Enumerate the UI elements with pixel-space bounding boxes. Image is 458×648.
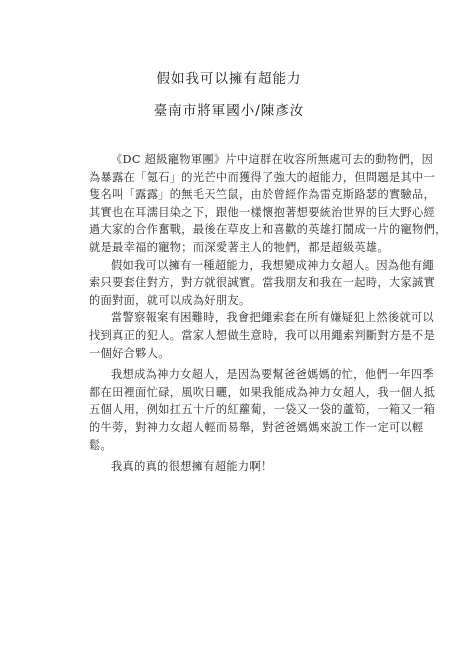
text-line: 五個人用，例如扛五十斤的紅蘿蔔，一袋又一袋的蘆筍，一箱又一箱: [89, 401, 373, 419]
text-line: 《DC 超級寵物軍團》片中這群在收容所無處可去的動物們，因: [89, 151, 373, 169]
text-line: 假如我可以擁有一種超能力，我想變成神力女超人。因為他有繩: [89, 257, 373, 275]
paragraph-3: 當警察報案有困難時，我會把繩索套在所有嫌疑犯上然後就可以 找到真正的犯人。當家人…: [89, 309, 373, 362]
paragraph-1: 《DC 超級寵物軍團》片中這群在收容所無處可去的動物們，因 為暴露在「氪石」的光…: [89, 151, 373, 257]
text-line: 的面對面，就可以成為好朋友。: [89, 292, 373, 310]
document-page: 假如我可以擁有超能力 臺南市將軍國小/陳彥汝 《DC 超級寵物軍團》片中這群在收…: [0, 0, 458, 648]
text-line: 當警察報案有困難時，我會把繩索套在所有嫌疑犯上然後就可以: [89, 309, 373, 327]
text-line: 其實也在耳濡目染之下，跟他一樣懷抱著想要統治世界的巨大野心經: [89, 204, 373, 222]
text-line: 索只要套住對方，對方就很誠實。當我朋友和我在一起時，大家誠實: [89, 274, 373, 292]
paragraph-5: 我真的真的很想擁有超能力啊！: [89, 458, 373, 476]
author-line: 臺南市將軍國小/陳彥汝: [0, 99, 458, 119]
text-line: 我真的真的很想擁有超能力啊！: [89, 458, 373, 476]
document-title: 假如我可以擁有超能力: [0, 67, 458, 87]
paragraph-2: 假如我可以擁有一種超能力，我想變成神力女超人。因為他有繩 索只要套住對方，對方就…: [89, 257, 373, 310]
text-line: 為暴露在「氪石」的光芒中而獲得了強大的超能力，但問題是其中一: [89, 169, 373, 187]
document-body: 《DC 超級寵物軍團》片中這群在收容所無處可去的動物們，因 為暴露在「氪石」的光…: [89, 151, 373, 476]
text-line: 的牛蒡，對神力女超人輕而易舉，對爸爸媽媽來說工作一定可以輕: [89, 419, 373, 437]
text-line: 一個好合夥人。: [89, 345, 373, 363]
paragraph-4: 我想成為神力女超人，是因為要幫爸爸媽媽的忙，他們一年四季 都在田裡面忙碌，風吹日…: [89, 366, 373, 454]
text-line: 鬆。: [89, 437, 373, 455]
text-line: 就是最幸福的寵物；而深愛著主人的牠們，都是超級英雄。: [89, 239, 373, 257]
text-line: 隻名叫「露露」的無毛天竺鼠，由於曾經作為雷克斯路瑟的實驗品，: [89, 186, 373, 204]
text-line: 過大家的合作奮戰，最後在草皮上和喜歡的英雄打鬧成一片的寵物們，: [89, 221, 373, 239]
text-line: 我想成為神力女超人，是因為要幫爸爸媽媽的忙，他們一年四季: [89, 366, 373, 384]
text-line: 都在田裡面忙碌，風吹日曬，如果我能成為神力女超人，我一個人抵: [89, 384, 373, 402]
text-line: 找到真正的犯人。當家人想做生意時，我可以用繩索判斷對方是不是: [89, 327, 373, 345]
